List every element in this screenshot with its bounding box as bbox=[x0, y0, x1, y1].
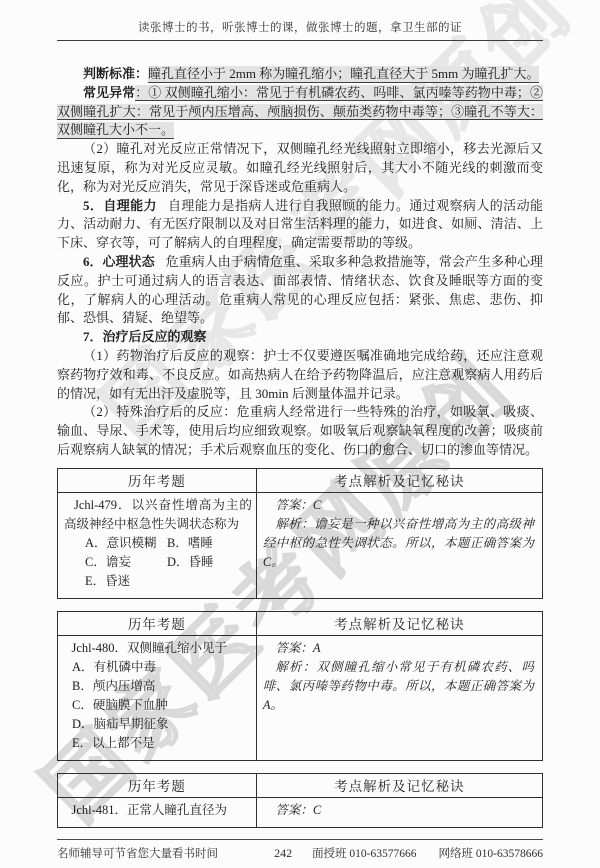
exam-table-481: 历年考题 考点解析及记忆秘诀 Jchl-481．正常人瞳孔直径为 答案：C bbox=[57, 773, 543, 828]
section7-heading: 7．治疗后反应的观察 bbox=[57, 328, 543, 347]
question-cell: Jchl-481．正常人瞳孔直径为 bbox=[58, 797, 257, 827]
page-header-slogan: 读张博士的书，听张博士的课，做张博士的题，拿卫生部的证 bbox=[57, 0, 543, 35]
paragraph-special-treatment: （2）特殊治疗后的反应：危重病人经常进行一些特殊的治疗，如吸氧、吸痰、输血、导尿… bbox=[57, 403, 543, 459]
option-row: B．颅内压增高 bbox=[64, 677, 252, 696]
exam-table-479: 历年考题 考点解析及记忆秘诀 Jchl-479．以兴奋性增高为主的高级神经中枢急… bbox=[57, 468, 543, 599]
table-header-row: 历年考题 考点解析及记忆秘诀 bbox=[58, 611, 543, 635]
option-a: A．有机磷中毒 bbox=[72, 660, 156, 674]
option-a: A．意识模糊 bbox=[85, 534, 167, 553]
criteria-label: 判断标准： bbox=[83, 66, 148, 81]
option-row: A．有机磷中毒 bbox=[64, 658, 252, 677]
abnormal-label: 常见异常 bbox=[83, 85, 135, 100]
section5-label: 5．自理能力 bbox=[83, 198, 157, 213]
table-row: Jchl-481．正常人瞳孔直径为 答案：C bbox=[58, 797, 543, 827]
page-content: 读张博士的书，听张博士的课，做张博士的题，拿卫生部的证 判断标准：瞳孔直径小于 … bbox=[57, 0, 543, 861]
page-number: 242 bbox=[274, 846, 292, 861]
paragraph-self-care: 5．自理能力自理能力是指病人进行自我照顾的能力。通过观察病人的活动能力、活动耐力… bbox=[57, 197, 543, 253]
footer-slogan: 名师辅导可节省您大量看书时间 bbox=[57, 845, 218, 861]
column-header-question: 历年考题 bbox=[58, 468, 257, 492]
option-row: C．硬脑膜下血肿 bbox=[64, 696, 252, 715]
paragraph-drug-observation: （1）药物治疗后反应的观察：护士不仅要遵医嘱准确地完成给药，还应注意观察药物疗效… bbox=[57, 347, 543, 403]
exam-table-480: 历年考题 考点解析及记忆秘诀 Jchl-480．双侧瞳孔缩小见于 A．有机磷中毒… bbox=[57, 611, 543, 761]
answer-text: 答案：C bbox=[263, 496, 534, 515]
option-e: E．昏迷 bbox=[85, 572, 167, 591]
analysis-cell: 答案：C 解析：谵妄是一种以兴奋性增高为主的高级神经中枢的急性失调状态。所以，本… bbox=[256, 492, 542, 598]
column-header-question: 历年考题 bbox=[58, 611, 257, 635]
column-header-analysis: 考点解析及记忆秘诀 bbox=[256, 611, 542, 635]
table-row: Jchl-480．双侧瞳孔缩小见于 A．有机磷中毒 B．颅内压增高 C．硬脑膜下… bbox=[58, 635, 543, 760]
answer-text: 答案：C bbox=[263, 801, 534, 820]
table-header-row: 历年考题 考点解析及记忆秘诀 bbox=[58, 468, 543, 492]
option-row: E．昏迷 bbox=[64, 572, 252, 591]
column-header-question: 历年考题 bbox=[58, 773, 257, 797]
paragraph-criteria: 判断标准：瞳孔直径小于 2mm 称为瞳孔缩小；瞳孔直径大于 5mm 为瞳孔扩大。 bbox=[57, 65, 543, 84]
analysis-cell: 答案：A 解析：双侧瞳孔缩小常见于有机磷农药、吗啡、氯丙嗪等药物中毒。所以，本题… bbox=[256, 635, 542, 760]
footer-phone-online: 网络班 010-63578666 bbox=[439, 845, 543, 861]
body-text: 判断标准：瞳孔直径小于 2mm 称为瞳孔缩小；瞳孔直径大于 5mm 为瞳孔扩大。… bbox=[57, 65, 543, 460]
column-header-analysis: 考点解析及记忆秘诀 bbox=[256, 468, 542, 492]
analysis-cell: 答案：C bbox=[256, 797, 542, 827]
analysis-text: 解析：双侧瞳孔缩小常见于有机磷农药、吗啡、氯丙嗪等药物中毒。所以，本题正确答案为… bbox=[263, 658, 534, 715]
paragraph-psych-state: 6．心理状态危重病人由于病情危重、采取多种急救措施等，常会产生多种心理反应。护士… bbox=[57, 253, 543, 328]
column-header-analysis: 考点解析及记忆秘诀 bbox=[256, 773, 542, 797]
question-text: Jchl-481．正常人瞳孔直径为 bbox=[64, 801, 252, 820]
question-text: Jchl-480．双侧瞳孔缩小见于 bbox=[64, 639, 252, 658]
option-c: C．谵妄 bbox=[85, 553, 167, 572]
page-footer: 名师辅导可节省您大量看书时间 242 面授班 010-63577666 网络班 … bbox=[57, 839, 543, 861]
option-e: E．以上都不是 bbox=[72, 736, 155, 750]
option-row: A．意识模糊B．嗜睡 bbox=[64, 534, 252, 553]
table-header-row: 历年考题 考点解析及记忆秘诀 bbox=[58, 773, 543, 797]
option-row: C．谵妄D．昏睡 bbox=[64, 553, 252, 572]
header-rule bbox=[57, 40, 543, 41]
table-row: Jchl-479．以兴奋性增高为主的高级神经中枢急性失调状态称为 A．意识模糊B… bbox=[58, 492, 543, 598]
option-d: D．脑疝早期征象 bbox=[72, 717, 169, 731]
footer-phone-onsite: 面授班 010-63577666 bbox=[312, 845, 416, 861]
option-c: C．硬脑膜下血肿 bbox=[72, 698, 168, 712]
section6-label: 6．心理状态 bbox=[83, 254, 155, 269]
option-b: B．颅内压增高 bbox=[72, 679, 155, 693]
question-text: Jchl-479．以兴奋性增高为主的高级神经中枢急性失调状态称为 bbox=[64, 496, 252, 534]
criteria-highlight: 瞳孔直径小于 2mm 称为瞳孔缩小；瞳孔直径大于 5mm 为瞳孔扩大。 bbox=[148, 66, 539, 83]
option-d: D．昏睡 bbox=[167, 555, 214, 569]
question-cell: Jchl-480．双侧瞳孔缩小见于 A．有机磷中毒 B．颅内压增高 C．硬脑膜下… bbox=[58, 635, 257, 760]
paragraph-light-reflex: （2）瞳孔对光反应正常情况下，双侧瞳孔经光线照射立即缩小，移去光源后又迅速复原，… bbox=[57, 140, 543, 196]
option-row: D．脑疝早期征象 bbox=[64, 715, 252, 734]
option-row: E．以上都不是 bbox=[64, 734, 252, 753]
answer-text: 答案：A bbox=[263, 639, 534, 658]
question-cell: Jchl-479．以兴奋性增高为主的高级神经中枢急性失调状态称为 A．意识模糊B… bbox=[58, 492, 257, 598]
document-page: 国家医考网原创 国家医考网原创 读张博士的书，听张博士的课，做张博士的题，拿卫生… bbox=[0, 0, 600, 868]
option-b: B．嗜睡 bbox=[167, 536, 213, 550]
paragraph-abnormal: 常见异常：① 双侧瞳孔缩小：常见于有机磷农药、吗啡、氯丙嗪等药物中毒；② 双侧瞳… bbox=[57, 84, 543, 140]
analysis-text: 解析：谵妄是一种以兴奋性增高为主的高级神经中枢的急性失调状态。所以，本题正确答案… bbox=[263, 515, 534, 572]
